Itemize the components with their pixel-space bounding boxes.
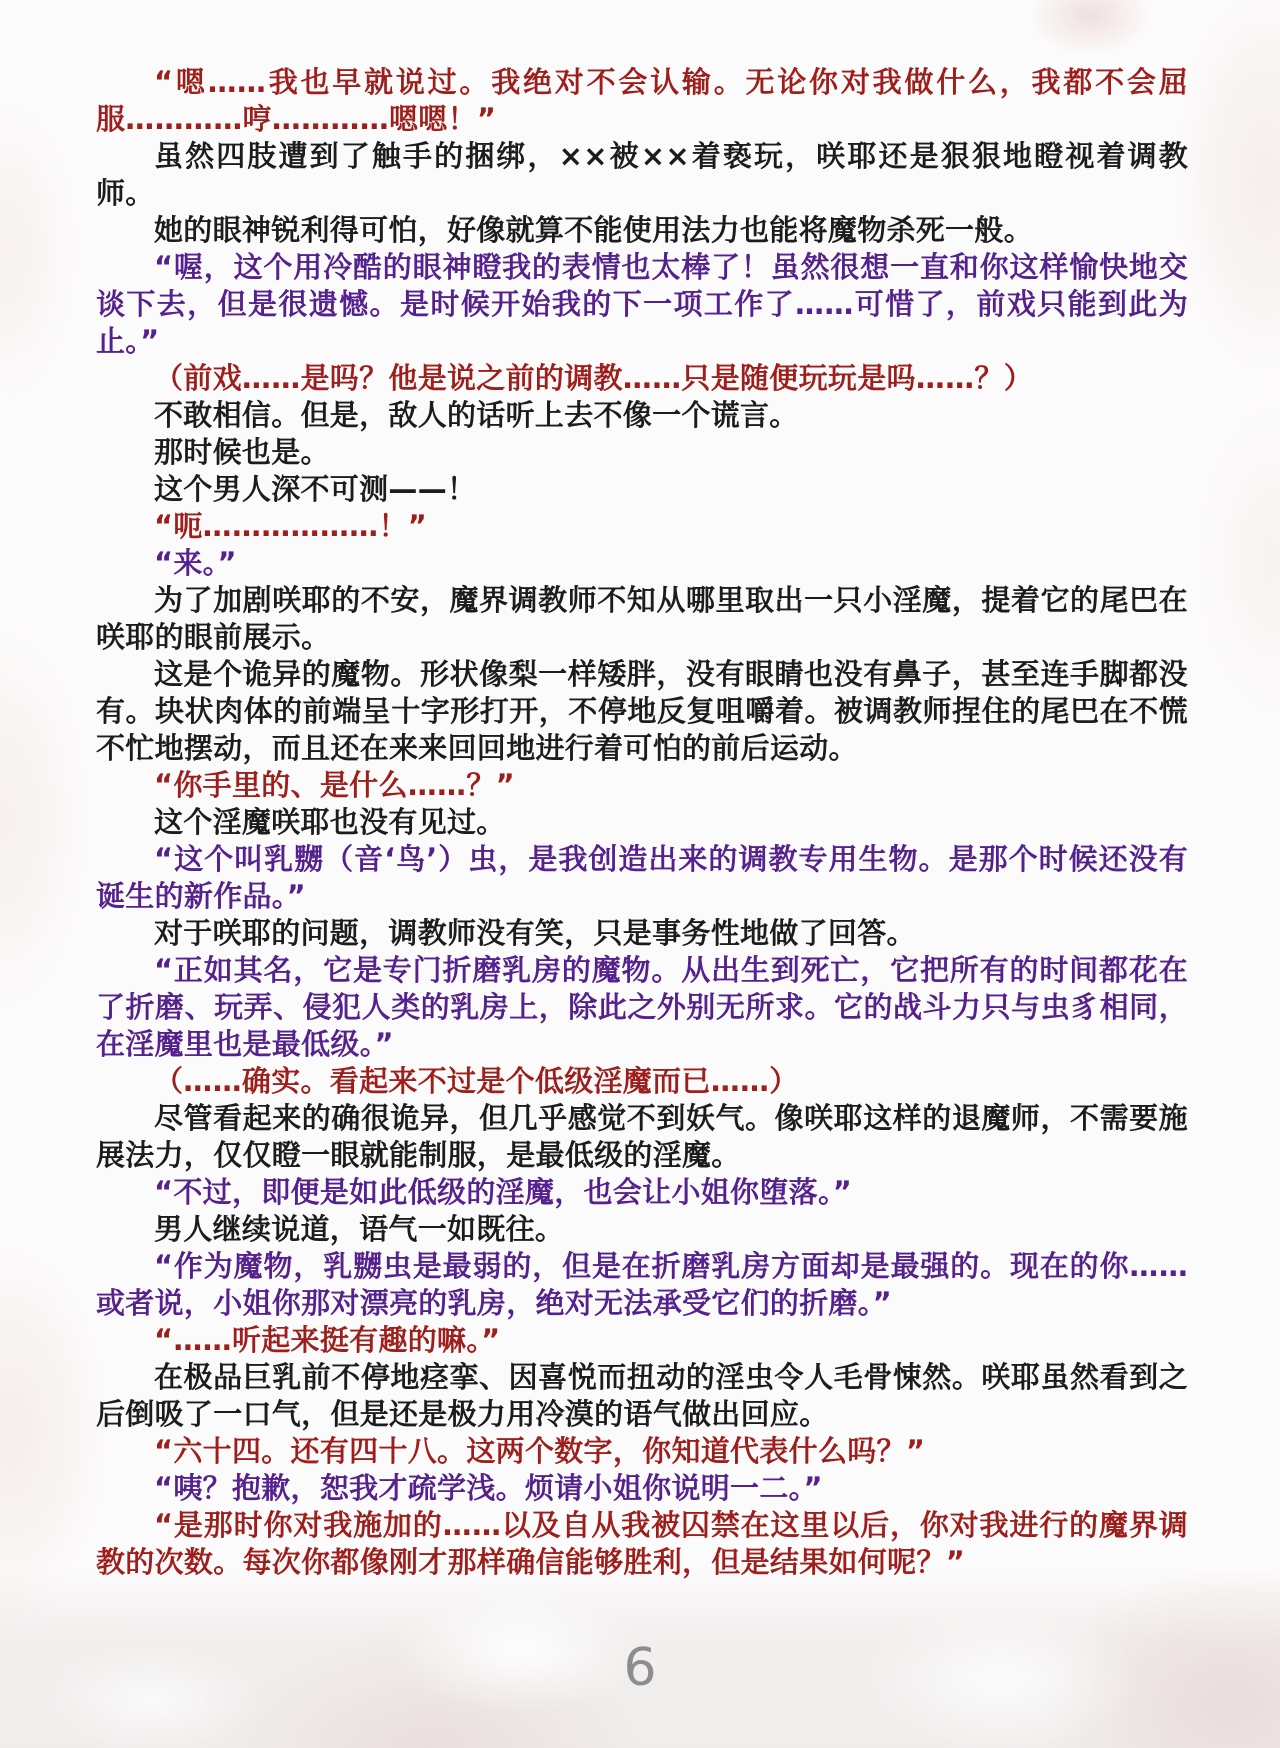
paragraph: 这是个诡异的魔物。形状像梨一样矮胖，没有眼睛也没有鼻子，甚至连手脚都没有。块状肉… xyxy=(96,656,1188,767)
paragraph: 为了加剧咲耶的不安，魔界调教师不知从哪里取出一只小淫魔，提着它的尾巴在咲耶的眼前… xyxy=(96,582,1188,656)
paragraph: 那时候也是。 xyxy=(96,434,1188,471)
paragraph: 男人继续说道，语气一如既往。 xyxy=(96,1211,1188,1248)
paragraph: “来。” xyxy=(96,545,1188,582)
paragraph: “作为魔物，乳嬲虫是最弱的，但是在折磨乳房方面却是最强的。现在的你……或者说，小… xyxy=(96,1248,1188,1322)
paragraph: “不过，即便是如此低级的淫魔，也会让小姐你堕落。” xyxy=(96,1174,1188,1211)
paragraph: 在极品巨乳前不停地痉挛、因喜悦而扭动的淫虫令人毛骨悚然。咲耶虽然看到之后倒吸了一… xyxy=(96,1359,1188,1433)
paragraph: “你手里的、是什么……？” xyxy=(96,767,1188,804)
paragraph: “这个叫乳嬲（音‘鸟’）虫，是我创造出来的调教专用生物。是那个时候还没有诞生的新… xyxy=(96,841,1188,915)
page-number: 6 xyxy=(0,1638,1280,1698)
paragraph: （……确实。看起来不过是个低级淫魔而已……） xyxy=(96,1063,1188,1100)
paragraph: “正如其名，它是专门折磨乳房的魔物。从出生到死亡，它把所有的时间都花在了折磨、玩… xyxy=(96,952,1188,1063)
paragraph: “嗯……我也早就说过。我绝对不会认输。无论你对我做什么，我都不会屈服…………哼…… xyxy=(96,64,1188,138)
paragraph: 尽管看起来的确很诡异，但几乎感觉不到妖气。像咲耶这样的退魔师，不需要施展法力，仅… xyxy=(96,1100,1188,1174)
paragraph: 虽然四肢遭到了触手的捆绑，××被××着亵玩，咲耶还是狠狠地瞪视着调教师。 xyxy=(96,138,1188,212)
paragraph: “……听起来挺有趣的嘛。” xyxy=(96,1322,1188,1359)
paragraph: “是那时你对我施加的……以及自从我被囚禁在这里以后，你对我进行的魔界调教的次数。… xyxy=(96,1507,1188,1581)
paragraph: “喔，这个用冷酷的眼神瞪我的表情也太棒了！虽然很想一直和你这样愉快地交谈下去，但… xyxy=(96,249,1188,360)
paragraph: 对于咲耶的问题，调教师没有笑，只是事务性地做了回答。 xyxy=(96,915,1188,952)
paragraph: 不敢相信。但是，敌人的话听上去不像一个谎言。 xyxy=(96,397,1188,434)
paragraph: “呃………………！” xyxy=(96,508,1188,545)
novel-page: “嗯……我也早就说过。我绝对不会认输。无论你对我做什么，我都不会屈服…………哼…… xyxy=(0,0,1280,1748)
paragraph: （前戏……是吗？他是说之前的调教……只是随便玩玩是吗……？） xyxy=(96,360,1188,397)
text-block: “嗯……我也早就说过。我绝对不会认输。无论你对我做什么，我都不会屈服…………哼…… xyxy=(96,64,1188,1581)
paragraph: 她的眼神锐利得可怕，好像就算不能使用法力也能将魔物杀死一般。 xyxy=(96,212,1188,249)
paragraph: “咦？抱歉，恕我才疏学浅。烦请小姐你说明一二。” xyxy=(96,1470,1188,1507)
paragraph: 这个男人深不可测——！ xyxy=(96,471,1188,508)
paragraph: 这个淫魔咲耶也没有见过。 xyxy=(96,804,1188,841)
paragraph: “六十四。还有四十八。这两个数字，你知道代表什么吗？” xyxy=(96,1433,1188,1470)
